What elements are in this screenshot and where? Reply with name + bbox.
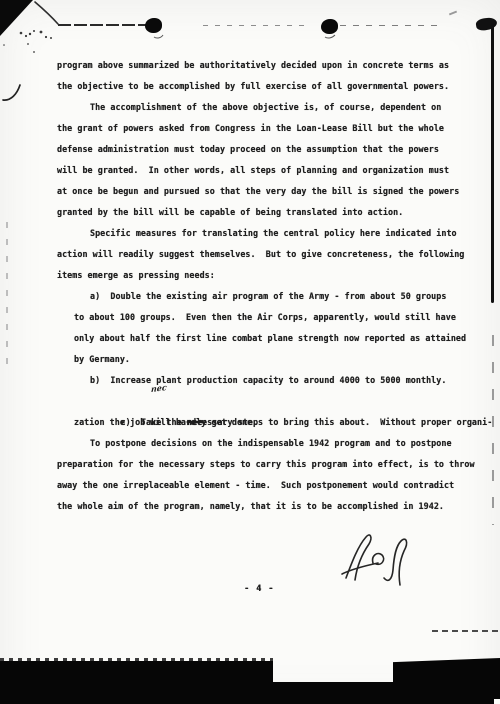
scan-dust-specks [3,30,52,53]
typed-line: the grant of powers asked from Congress … [57,118,487,139]
typed-line: action will readily suggest themselves. … [57,244,487,265]
signature-mark [342,535,407,585]
scan-white-notch [494,699,500,704]
hole-punch-shadow [325,35,335,38]
typed-text-block: program above summarized be authoritativ… [57,55,487,517]
scan-edge-dashes [492,335,494,525]
typed-line-list-c: c) Take the necessary steps to bring thi… [90,391,487,412]
scanner-bed-bar [393,658,500,704]
typed-line: preparation for the necessary steps to c… [57,454,487,475]
typed-line: defense administration must today procee… [57,139,487,160]
typed-line: the whole aim of the program, namely, th… [57,496,487,517]
page-number: - 4 - [244,578,274,599]
typed-line: away the one irreplaceable element - tim… [57,475,487,496]
typed-line-list-a: a) Double the existing air program of th… [90,286,487,307]
typed-line: program above summarized be authoritativ… [57,55,487,76]
typed-line: by Germany. [74,349,487,370]
scan-dashed-line [58,24,150,26]
scan-dashed-line [340,25,444,26]
scan-speck [449,11,457,16]
scan-curve-mark [35,2,58,24]
scan-edge-dashes [6,222,8,367]
scanner-bed-bar [0,661,273,704]
scan-speckle-line [432,630,500,632]
typed-line: items emerge as pressing needs: [57,265,487,286]
typed-line: To postpone decisions on the indispensab… [90,433,487,454]
scan-dashed-line [203,25,310,26]
typed-line: granted by the bill will be capable of b… [57,202,487,223]
typed-line: only about half the first line combat pl… [74,328,487,349]
scan-edge-line [491,23,494,303]
typed-line: Specific measures for translating the ce… [90,223,487,244]
scanned-document-page: program above summarized be authoritativ… [0,0,500,704]
hole-punch-dot [145,18,162,33]
handwritten-correction: nec [151,382,167,394]
handwritten-hook-mark [3,85,20,100]
scan-ink-blob [475,16,498,31]
typed-line-list-b: b) Increase plant production capacity to… [90,370,487,391]
scanner-bed-bar [273,682,393,704]
typed-line: at once be begun and pursued so that the… [57,181,487,202]
page-corner-fold-mark [0,0,33,36]
typed-line: to about 100 groups. Even then the Air C… [74,307,487,328]
typed-line: the objective to be accomplished by full… [57,76,487,97]
hole-punch-dot [321,19,338,34]
typed-line: The accomplishment of the above objectiv… [90,97,487,118]
hole-punch-shadow [154,35,163,38]
typed-line: will be granted. In other words, all ste… [57,160,487,181]
